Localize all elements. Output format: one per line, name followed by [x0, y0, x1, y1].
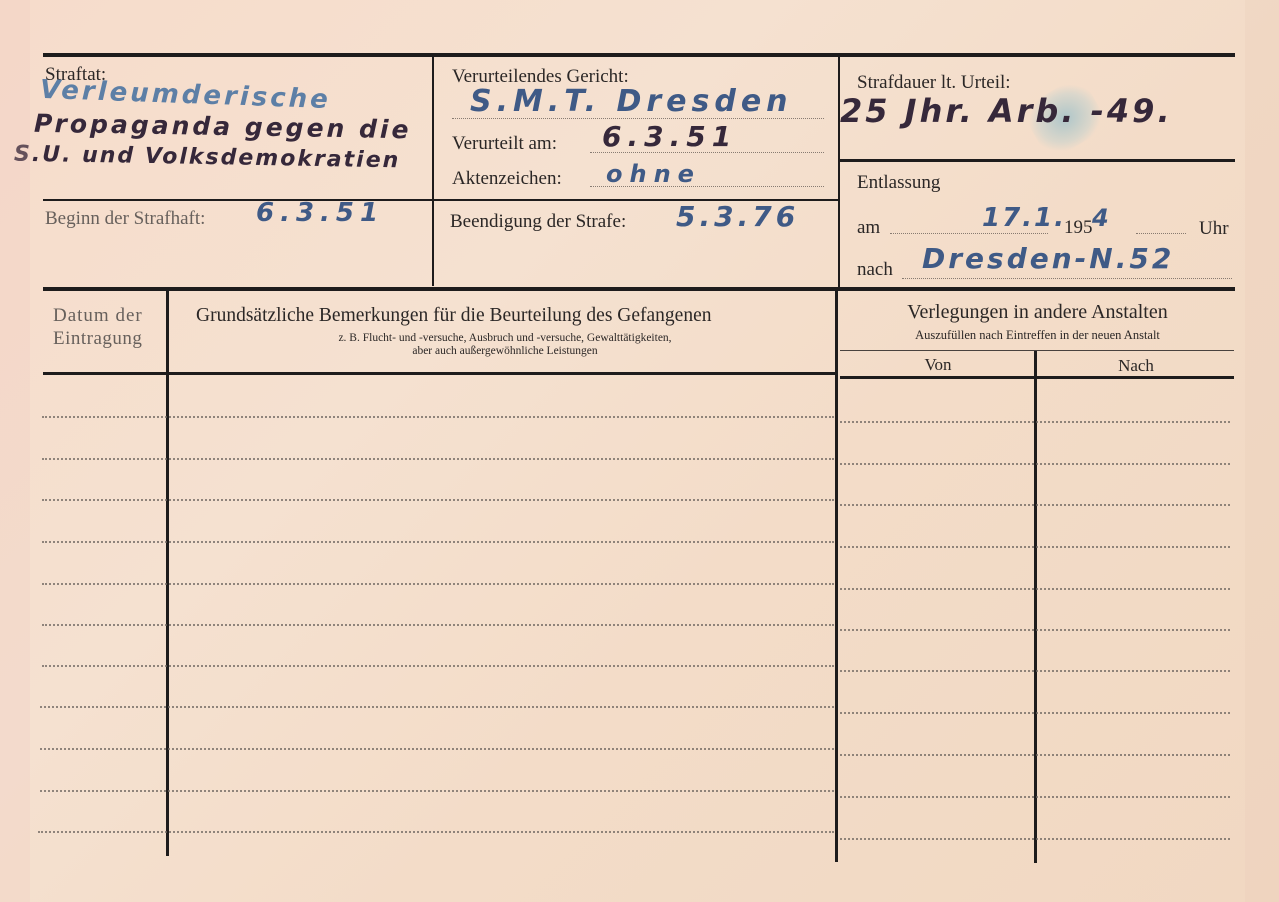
table-row[interactable]	[42, 665, 834, 667]
table-row[interactable]	[42, 458, 834, 460]
offense-line-2: Propaganda gegen die	[34, 109, 412, 145]
release-year-suffix: 4	[1092, 204, 1112, 232]
transfer-row[interactable]	[840, 754, 1230, 756]
sentenced-on-value: 6.3.51	[602, 120, 737, 153]
transfer-row[interactable]	[840, 712, 1230, 714]
transfer-row[interactable]	[840, 629, 1230, 631]
file-number-value: ohne	[606, 160, 701, 188]
transfer-row[interactable]	[840, 421, 1230, 423]
transfer-row[interactable]	[840, 504, 1230, 506]
transfers-subheader-divider	[840, 350, 1234, 351]
transfer-row[interactable]	[840, 796, 1230, 798]
row-divider-right	[840, 159, 1235, 162]
table-top-border	[43, 287, 1235, 291]
col-date-header-line1: Datum der	[53, 305, 143, 327]
col-date-divider	[166, 289, 169, 856]
col-remarks-header-sub1: z. B. Flucht- und -versuche, Ausbruch un…	[174, 332, 836, 344]
release-destination-value: Dresden-N.52	[922, 242, 1174, 275]
sentenced-on-label: Verurteilt am:	[452, 133, 557, 155]
release-uhr-label: Uhr	[1199, 218, 1229, 240]
release-destination-dotted-line	[902, 278, 1232, 279]
transfer-row[interactable]	[840, 838, 1230, 840]
table-header-bottom-right	[840, 376, 1234, 379]
release-date-dotted-line	[890, 233, 1048, 234]
sentence-length-label: Strafdauer lt. Urteil:	[857, 72, 1011, 94]
court-value: S.M.T. Dresden	[470, 84, 793, 119]
table-row[interactable]	[42, 541, 834, 543]
col-transfers-header-title: Verlegungen in andere Anstalten	[840, 301, 1235, 324]
col-from-header: Von	[840, 355, 1036, 375]
table-row[interactable]	[42, 499, 834, 501]
release-time-dotted-line	[1136, 233, 1186, 234]
table-row[interactable]	[42, 624, 834, 626]
col-remarks-divider	[835, 289, 838, 862]
transfer-row[interactable]	[840, 670, 1230, 672]
col-remarks-header-title: Grundsätzliche Bemerkungen für die Beurt…	[196, 305, 711, 327]
release-am-label: am	[857, 217, 880, 239]
end-of-sentence-value: 5.3.76	[676, 200, 799, 233]
sentence-length-value: 25 Jhr. Arb. -49.	[840, 92, 1173, 130]
file-number-label: Aktenzeichen:	[452, 168, 562, 190]
paper-texture	[0, 0, 30, 902]
start-of-custody-value: 6.3.51	[256, 198, 384, 228]
transfer-row[interactable]	[840, 463, 1230, 465]
col-to-header: Nach	[1038, 356, 1234, 376]
table-header-bottom-left	[43, 372, 838, 375]
col-remarks-header-sub2: aber auch außergewöhnliche Leistungen	[174, 345, 836, 357]
transfer-row[interactable]	[840, 546, 1230, 548]
offense-line-3: S.U. und Volksdemokratien	[14, 142, 401, 174]
table-row[interactable]	[42, 583, 834, 585]
release-year-prefix: 195	[1064, 217, 1093, 239]
table-row[interactable]	[42, 416, 834, 418]
end-of-sentence-label: Beendigung der Strafe:	[450, 211, 626, 233]
table-row[interactable]	[40, 706, 834, 708]
table-row[interactable]	[40, 790, 834, 792]
table-row[interactable]	[38, 831, 834, 833]
col-from-divider	[1034, 351, 1037, 863]
paper-texture	[1245, 0, 1279, 902]
col-date-header-line2: Eintragung	[53, 328, 142, 350]
col-transfers-header-subtitle: Auszufüllen nach Eintreffen in der neuen…	[840, 328, 1235, 343]
release-nach-label: nach	[857, 259, 893, 281]
start-of-custody-label: Beginn der Strafhaft:	[45, 208, 205, 230]
table-row[interactable]	[40, 748, 834, 750]
release-date-value: 17.1.	[982, 203, 1066, 233]
release-label: Entlassung	[857, 172, 940, 194]
top-border	[43, 53, 1235, 57]
transfer-row[interactable]	[840, 588, 1230, 590]
divider-left	[432, 57, 434, 286]
